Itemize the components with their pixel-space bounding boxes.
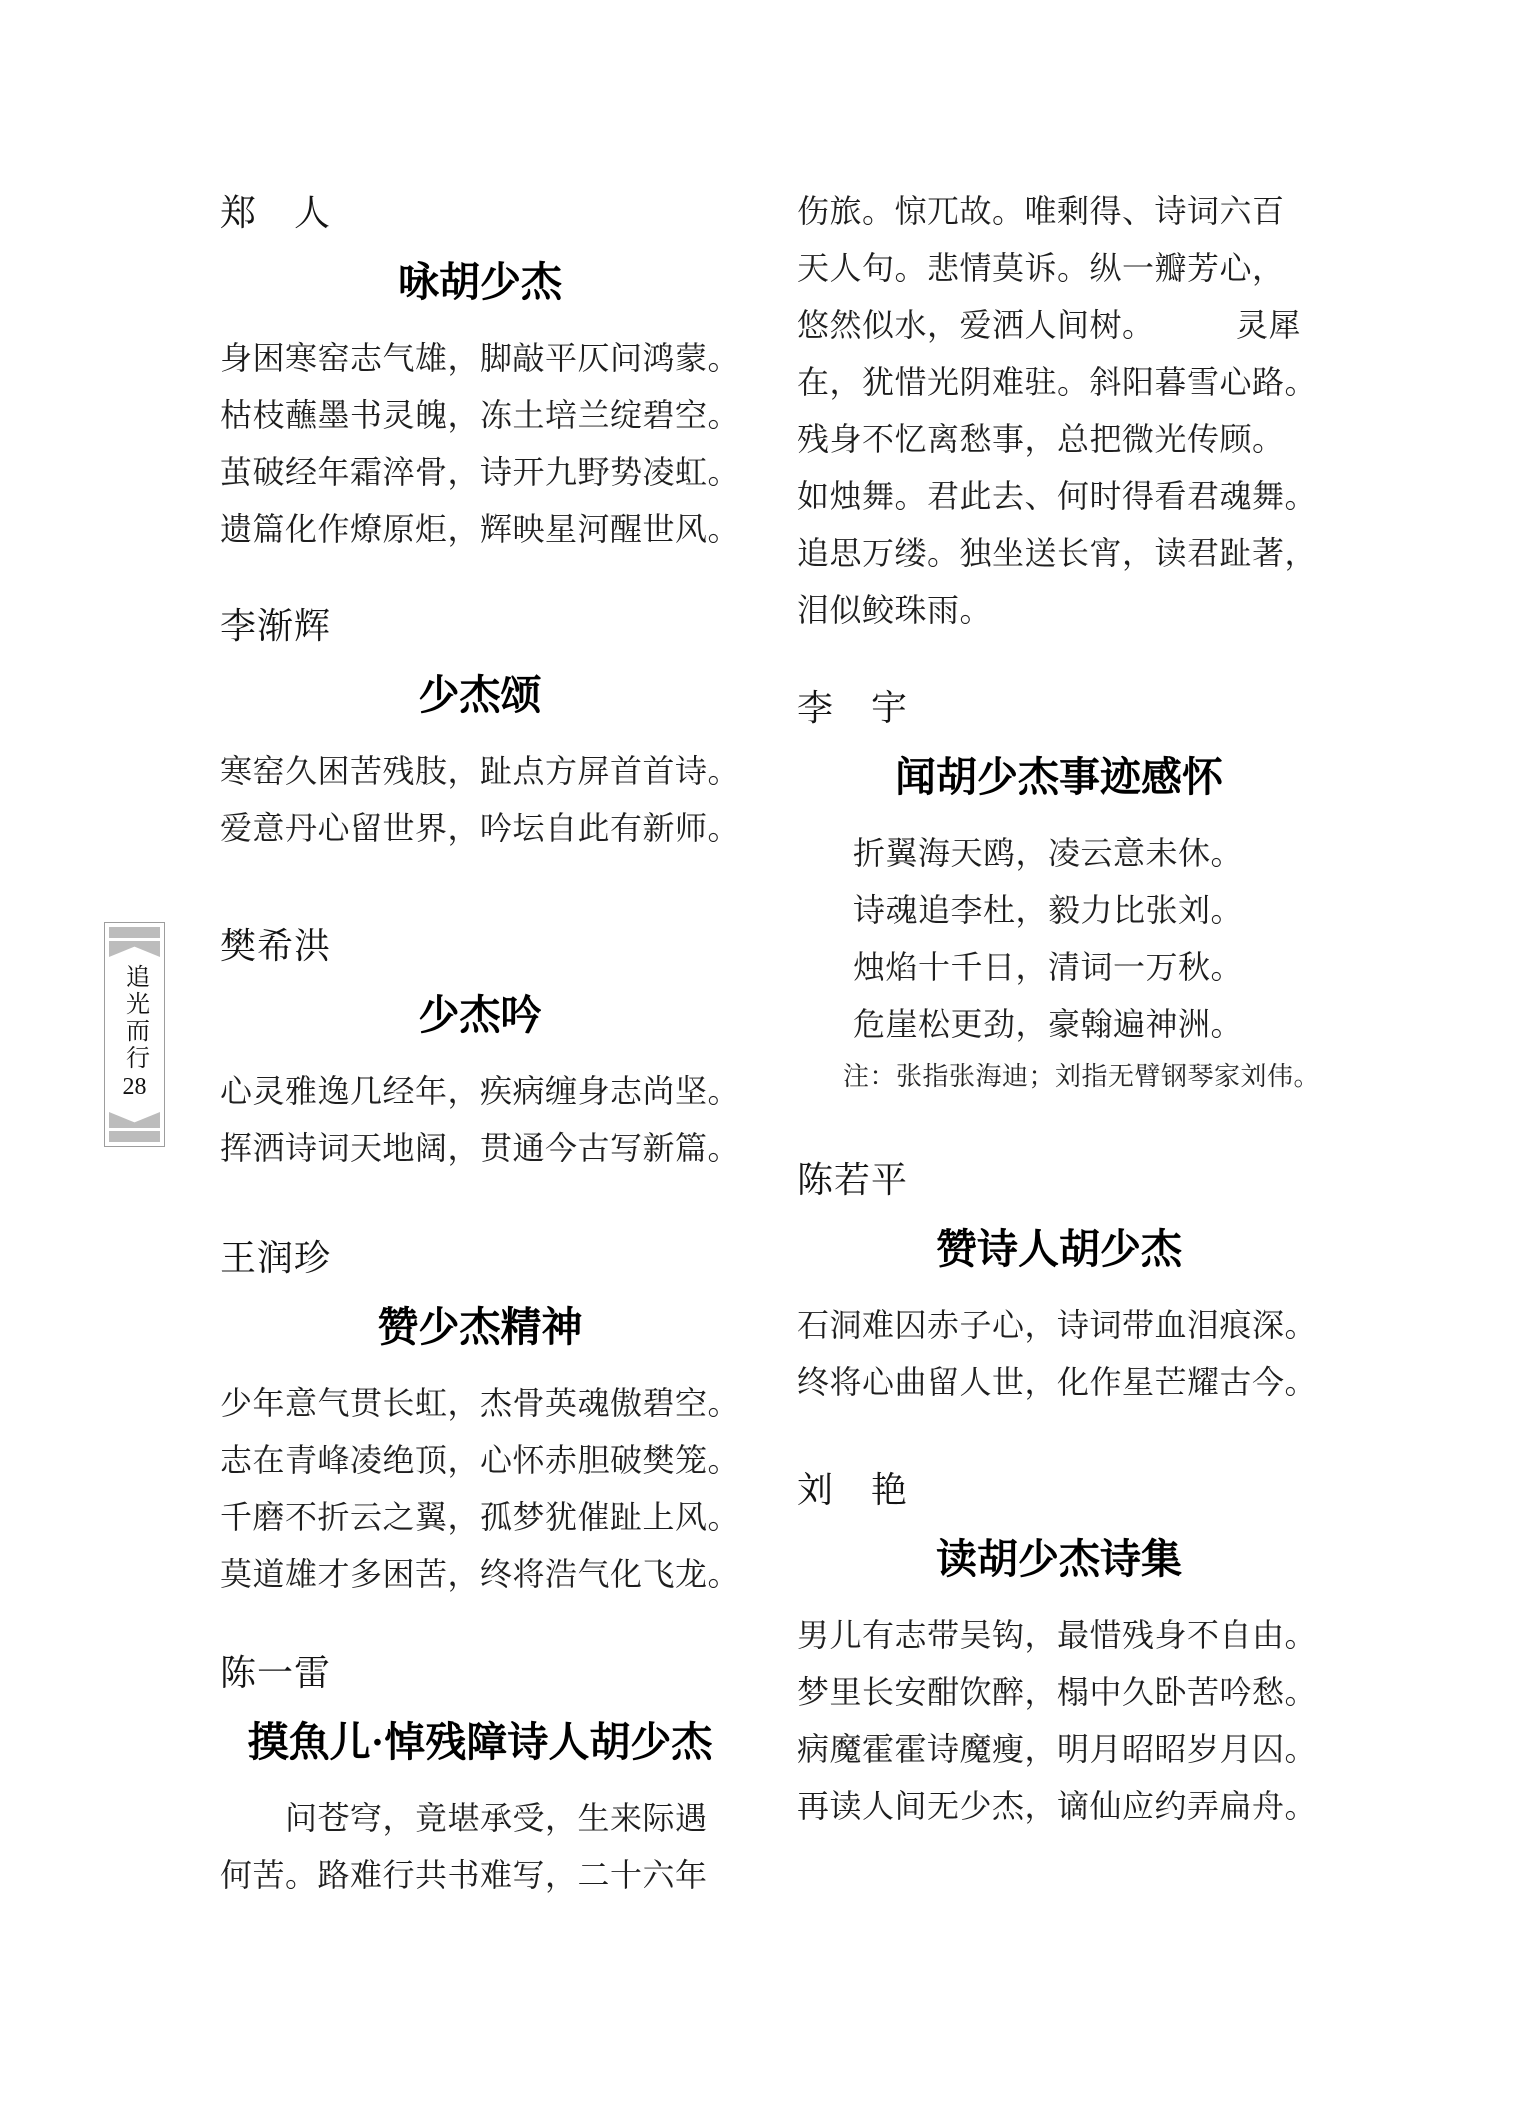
poem-lines: 少年意气贯长虹，杰骨英魂傲碧空。志在青峰凌绝顶，心怀赤胆破樊笼。千磨不折云之翼，… (220, 1375, 740, 1603)
poem-line: 男儿有志带吴钩，最惜残身不自由。 (797, 1607, 1321, 1664)
poem-line: 如烛舞。君此去、何时得看君魂舞。 (797, 468, 1321, 525)
poem-line: 梦里长安酣饮醉，榻中久卧苦吟愁。 (797, 1664, 1321, 1721)
book-page: 追光而行 28 郑 人 咏胡少杰 身困寒窑志气雄，脚敲平仄问鸿蒙。枯枝蘸墨书灵魄… (0, 0, 1525, 2115)
spine-banner-top (109, 941, 160, 957)
poem-line: 千磨不折云之翼，孤梦犹催趾上风。 (220, 1489, 740, 1546)
poem-line: 再读人间无少杰，谪仙应约弄扁舟。 (797, 1778, 1321, 1835)
poem-lines: 石洞难囚赤子心，诗词带血泪痕深。终将心曲留人世，化作星芒耀古今。 (797, 1297, 1321, 1411)
poem-line: 爱意丹心留世界，吟坛自此有新师。 (220, 800, 740, 857)
poem-line: 伤旅。惊兀故。唯剩得、诗词六百 (797, 183, 1321, 240)
poem-zan-shaojie-jingshen: 王润珍 赞少杰精神 少年意气贯长虹，杰骨英魂傲碧空。志在青峰凌绝顶，心怀赤胆破樊… (220, 1235, 740, 1603)
poem-line: 在，犹惜光阴难驻。斜阳暮雪心路。 (797, 354, 1321, 411)
poem-wen-hu-shaojie-shiji-ganhuai: 李 宇 闻胡少杰事迹感怀 折翼海天鸥，凌云意未休。诗魂追李杜，毅力比张刘。烛焰十… (797, 685, 1321, 1097)
poem-author: 陈若平 (797, 1157, 1321, 1203)
poem-line: 泪似鲛珠雨。 (797, 582, 1321, 639)
poem-du-hu-shaojie-shiji: 刘 艳 读胡少杰诗集 男儿有志带吴钩，最惜残身不自由。梦里长安酣饮醉，榻中久卧苦… (797, 1467, 1321, 1835)
poem-lines: 心灵雅逸几经年，疾病缠身志尚坚。挥洒诗词天地阔，贯通今古写新篇。 (220, 1063, 740, 1177)
spine-bar-top (109, 927, 160, 938)
poem-shaojie-song: 李渐辉 少杰颂 寒窑久困苦残肢，趾点方屏首首诗。爱意丹心留世界，吟坛自此有新师。 (220, 603, 740, 857)
poem-line: 志在青峰凌绝顶，心怀赤胆破樊笼。 (220, 1432, 740, 1489)
poem-line: 悠然似水，爱洒人间树。 灵犀 (797, 297, 1321, 354)
poem-title: 赞少杰精神 (220, 1301, 740, 1353)
poem-author: 刘 艳 (797, 1467, 1321, 1513)
poem-lines: 身困寒窑志气雄，脚敲平仄问鸿蒙。枯枝蘸墨书灵魄，冻土培兰绽碧空。茧破经年霜淬骨，… (220, 330, 740, 558)
poem-lines: 折翼海天鸥，凌云意未休。诗魂追李杜，毅力比张刘。烛焰十千日，清词一万秋。危崖松更… (797, 825, 1321, 1053)
poem-line: 诗魂追李杜，毅力比张刘。 (797, 882, 1321, 939)
poem-line: 烛焰十千日，清词一万秋。 (797, 939, 1321, 996)
poem-line: 病魔霍霍诗魔瘦，明月昭昭岁月囚。 (797, 1721, 1321, 1778)
poem-author: 陈一雷 (220, 1650, 740, 1696)
poem-line: 终将心曲留人世，化作星芒耀古今。 (797, 1354, 1321, 1411)
poem-line: 少年意气贯长虹，杰骨英魂傲碧空。 (220, 1375, 740, 1432)
poem-line: 折翼海天鸥，凌云意未休。 (797, 825, 1321, 882)
poem-author: 樊希洪 (220, 923, 740, 969)
poem-line: 枯枝蘸墨书灵魄，冻土培兰绽碧空。 (220, 387, 740, 444)
poem-title: 赞诗人胡少杰 (797, 1223, 1321, 1275)
poem-line: 莫道雄才多困苦，终将浩气化飞龙。 (220, 1546, 740, 1603)
poem-author: 李渐辉 (220, 603, 740, 649)
poem-lines: 问苍穹，竟堪承受，生来际遇何苦。路难行共书难写，二十六年 (220, 1790, 740, 1904)
poem-line: 天人句。悲情莫诉。纵一瓣芳心， (797, 240, 1321, 297)
poem-author: 李 宇 (797, 685, 1321, 731)
poem-title: 咏胡少杰 (220, 256, 740, 308)
poem-title: 闻胡少杰事迹感怀 (797, 751, 1321, 803)
poem-line: 心灵雅逸几经年，疾病缠身志尚坚。 (220, 1063, 740, 1120)
spine-bar-bottom (109, 1131, 160, 1142)
poem-title: 少杰颂 (220, 669, 740, 721)
poem-line: 遗篇化作燎原炬，辉映星河醒世风。 (220, 501, 740, 558)
poem-line: 身困寒窑志气雄，脚敲平仄问鸿蒙。 (220, 330, 740, 387)
poem-title: 读胡少杰诗集 (797, 1533, 1321, 1585)
poem-line: 危崖松更劲，豪翰遍神洲。 (797, 996, 1321, 1053)
poem-line: 追思万缕。独坐送长宵，读君趾著， (797, 525, 1321, 582)
poem-mo-yu-er-continuation: 伤旅。惊兀故。唯剩得、诗词六百天人句。悲情莫诉。纵一瓣芳心，悠然似水，爱洒人间树… (797, 183, 1321, 639)
poem-line: 挥洒诗词天地阔，贯通今古写新篇。 (220, 1120, 740, 1177)
poem-line: 残身不忆离愁事，总把微光传顾。 (797, 411, 1321, 468)
poem-author: 郑 人 (220, 190, 740, 236)
poem-line: 石洞难囚赤子心，诗词带血泪痕深。 (797, 1297, 1321, 1354)
poem-lines: 寒窑久困苦残肢，趾点方屏首首诗。爱意丹心留世界，吟坛自此有新师。 (220, 743, 740, 857)
spine-banner-bottom (109, 1112, 160, 1128)
page-number: 28 (123, 1074, 147, 1100)
poem-author: 王润珍 (220, 1235, 740, 1281)
poem-title: 摸魚儿·悼残障诗人胡少杰 (220, 1716, 740, 1768)
spine-series-title: 追光而行 (123, 964, 147, 1072)
poem-line: 寒窑久困苦残肢，趾点方屏首首诗。 (220, 743, 740, 800)
poem-mo-yu-er: 陈一雷 摸魚儿·悼残障诗人胡少杰 问苍穹，竟堪承受，生来际遇何苦。路难行共书难写… (220, 1650, 740, 1904)
poem-footnote: 注：张指张海迪；刘指无臂钢琴家刘伟。 (797, 1057, 1321, 1097)
poem-yong-hu-shaojie: 郑 人 咏胡少杰 身困寒窑志气雄，脚敲平仄问鸿蒙。枯枝蘸墨书灵魄，冻土培兰绽碧空… (220, 190, 740, 558)
poem-line: 问苍穹，竟堪承受，生来际遇 (220, 1790, 740, 1847)
poem-title: 少杰吟 (220, 989, 740, 1041)
poem-lines: 男儿有志带吴钩，最惜残身不自由。梦里长安酣饮醉，榻中久卧苦吟愁。病魔霍霍诗魔瘦，… (797, 1607, 1321, 1835)
poem-lines: 伤旅。惊兀故。唯剩得、诗词六百天人句。悲情莫诉。纵一瓣芳心，悠然似水，爱洒人间树… (797, 183, 1321, 639)
poem-line: 茧破经年霜淬骨，诗开九野势凌虹。 (220, 444, 740, 501)
poem-shaojie-yin: 樊希洪 少杰吟 心灵雅逸几经年，疾病缠身志尚坚。挥洒诗词天地阔，贯通今古写新篇。 (220, 923, 740, 1177)
poem-zan-shiren-hu-shaojie: 陈若平 赞诗人胡少杰 石洞难囚赤子心，诗词带血泪痕深。终将心曲留人世，化作星芒耀… (797, 1157, 1321, 1411)
poem-line: 何苦。路难行共书难写，二十六年 (220, 1847, 740, 1904)
spine-bookmark: 追光而行 28 (104, 922, 165, 1147)
